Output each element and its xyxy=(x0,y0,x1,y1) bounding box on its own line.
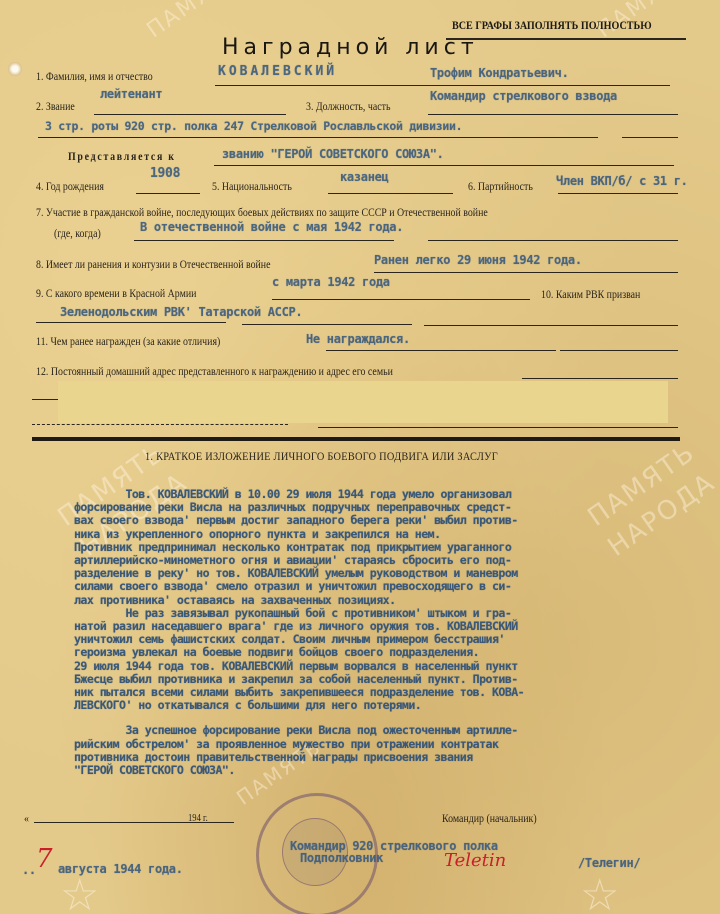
field-1-surname: КОВАЛЕВСКИЙ xyxy=(218,64,337,79)
field-12-label: 12. Постоянный домашний адрес представле… xyxy=(36,366,393,378)
date-open-quote: .. xyxy=(22,863,36,877)
field-8-value: Ранен легко 29 июня 1942 года. xyxy=(374,253,582,267)
field-7-line xyxy=(134,240,394,241)
field-3-line2 xyxy=(38,137,598,138)
field-1-names: Трофим Кондратьевич. xyxy=(430,66,569,80)
award-narrative: Тов. КОВАЛЕВСКИЙ в 10.00 29 июля 1944 го… xyxy=(74,488,524,777)
story-line: За успешное форсирование реки Висла под … xyxy=(74,724,524,737)
nominated-label: Представляется к xyxy=(68,151,176,163)
instruction-note: ВСЕ ГРАФЫ ЗАПОЛНЯТЬ ПОЛНОСТЬЮ xyxy=(452,20,652,32)
field-5-line xyxy=(328,193,453,194)
field-8-label: 8. Имеет ли ранения и контузии в Отечест… xyxy=(36,259,270,271)
section-divider xyxy=(32,437,680,441)
date-placeholder: 194 г. xyxy=(188,813,208,824)
nominated-value: званию "ГЕРОЙ СОВЕТСКОГО СОЮЗА". xyxy=(222,147,444,161)
field-7-value: В отечественной войне с мая 1942 года. xyxy=(140,220,403,234)
field-6-label: 6. Партийность xyxy=(468,181,533,193)
field-11-line xyxy=(326,350,556,351)
field-10-line xyxy=(36,322,226,323)
field-3-value-line1: Командир стрелкового взвода xyxy=(430,89,617,103)
field-12-line-c xyxy=(32,424,288,425)
commander-title-line2: Подполковник xyxy=(300,851,383,865)
signature: Teletin xyxy=(444,850,506,871)
field-7-label-line2: (где, когда) xyxy=(54,228,101,240)
field-11-value: Не награждался. xyxy=(306,332,410,346)
section-heading: 1. КРАТКОЕ ИЗЛОЖЕНИЕ ЛИЧНОГО БОЕВОГО ПОД… xyxy=(145,449,498,464)
field-12-line-b xyxy=(32,399,60,400)
field-12-line xyxy=(522,378,678,379)
field-1-label: 1. Фамилия, имя и отчество xyxy=(36,71,153,83)
field-9-line xyxy=(272,299,530,300)
watermark-star-icon: ☆ xyxy=(60,870,99,914)
field-10-label: 10. Каким РВК призван xyxy=(541,289,640,301)
field-2-line xyxy=(94,114,286,115)
field-10-line-b xyxy=(242,324,412,325)
field-3-line xyxy=(428,114,678,115)
field-11-line-b xyxy=(560,350,678,351)
field-6-line xyxy=(558,193,678,194)
story-line: рийским обстрелом' за проявленное мужест… xyxy=(74,738,524,751)
field-11-label: 11. Чем ранее награжден (за какие отличи… xyxy=(36,336,220,348)
field-2-value: лейтенант xyxy=(100,87,162,101)
commander-name: /Телегин/ xyxy=(578,856,640,870)
redacted-address xyxy=(58,381,668,423)
story-line: лах противника' оставаясь на захваченных… xyxy=(74,594,524,607)
date-text: августа 1944 года. xyxy=(58,862,183,876)
field-4-value: 1908 xyxy=(150,166,180,181)
story-line: "ГЕРОЙ СОВЕТСКОГО СОЮЗА". xyxy=(74,764,524,777)
field-5-label: 5. Национальность xyxy=(212,181,292,193)
punch-hole xyxy=(8,62,22,76)
field-1-line xyxy=(215,85,670,86)
field-3-value-line2: 3 стр. роты 920 стр. полка 247 Стрелково… xyxy=(45,119,462,133)
document-title: Наградной лист xyxy=(222,35,479,60)
field-7-line-b xyxy=(428,240,678,241)
field-4-line xyxy=(136,193,200,194)
field-10-line-c xyxy=(424,325,678,326)
field-9-label: 9. С какого времени в Красной Армии xyxy=(36,288,196,300)
date-placeholder-quote: « xyxy=(24,813,29,825)
story-line: вах своего взвода' первым достиг западно… xyxy=(74,514,524,527)
field-7-label-line1: 7. Участие в гражданской войне, последую… xyxy=(36,207,488,219)
story-line: силами своего взвода' смело отразил и ун… xyxy=(74,580,524,593)
field-6-value: Член ВКП/б/ с 31 г. xyxy=(556,174,688,188)
field-3-label: 3. Должность, часть xyxy=(306,101,390,113)
commander-label: Командир (начальник) xyxy=(442,813,537,825)
field-4-label: 4. Год рождения xyxy=(36,181,104,193)
field-9-value: с марта 1942 года xyxy=(272,275,390,289)
field-10-value: Зеленодольским РВК' Татарской АССР. xyxy=(60,305,302,319)
story-line: ЛЕВСКОГО' но откатывался с большими для … xyxy=(74,699,524,712)
story-line: 29 июля 1944 года тов. КОВАЛЕВСКИЙ первы… xyxy=(74,660,524,673)
instruction-underline xyxy=(446,38,686,40)
nominated-line xyxy=(214,165,674,166)
date-day: 7 xyxy=(36,844,53,874)
story-line: ника из укрепленного опорного пункта и з… xyxy=(74,528,524,541)
field-8-line xyxy=(374,272,678,273)
field-12-line-d xyxy=(318,427,678,428)
field-3-line2b xyxy=(622,137,678,138)
watermark-star-icon: ☆ xyxy=(580,870,619,914)
story-line: героизма увлекал на боевые подвиги бойцо… xyxy=(74,646,524,659)
field-2-label: 2. Звание xyxy=(36,101,75,113)
field-5-value: казанец xyxy=(340,170,388,184)
